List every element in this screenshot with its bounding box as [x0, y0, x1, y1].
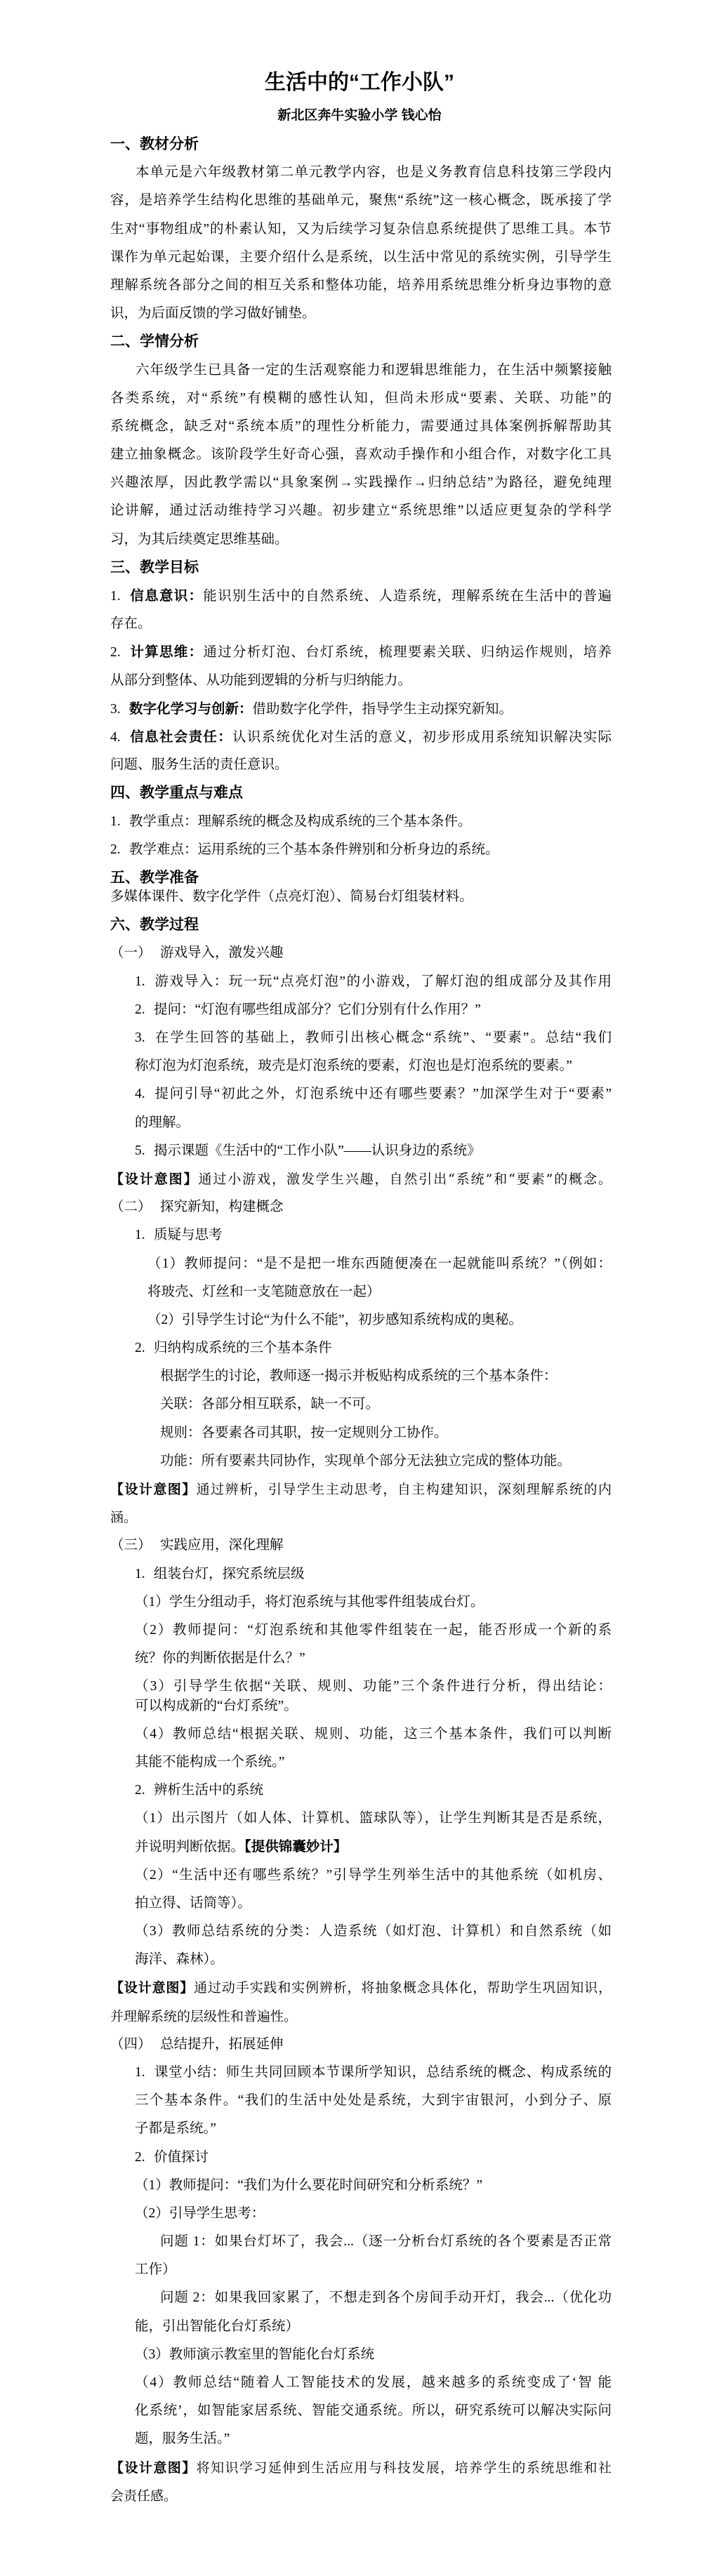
step-line: 5.揭示课题《生活中的“工作小队”——认识身边的系统》	[110, 1137, 612, 1165]
sub-step-line: 题，服务生活。”	[110, 2425, 612, 2453]
key-point-label: 教学重点：	[129, 814, 198, 829]
step-line: 1.组装台灯，探究系统层级	[110, 1560, 612, 1588]
step-line: 2.提问：“灯泡有哪些组成部分？它们分别有什么作用？”	[110, 996, 612, 1024]
design-intent-text: 将知识学习延伸到生活应用与科技发展，培养学生的系统思维和社	[197, 2460, 612, 2476]
step-text: 在学生回答的基础上，教师引出核心概念“系统”、“要素”。总结“我们	[154, 1030, 612, 1045]
objective-number: 1.	[110, 583, 129, 611]
key-point-item: 1.教学重点：理解系统的概念及构成系统的三个基本条件。	[110, 808, 612, 836]
objective-item: 4.信息社会责任：认识系统优化对生活的意义，初步形成用系统知识解决实际	[110, 723, 612, 751]
objective-label: 信息社会责任：	[129, 729, 232, 745]
step-number: 2.	[135, 1334, 154, 1362]
objective-text: 借助数字化学件，指导学生主动探究新知。	[253, 702, 513, 717]
section-heading: 六、教学过程	[110, 911, 612, 939]
step-line: 1.游戏导入：玩一玩“点亮灯泡”的小游戏，了解灯泡的组成部分及其作用	[110, 968, 612, 996]
key-point-label: 教学难点：	[129, 842, 198, 857]
phase-title: 总结提升，拓展延伸	[160, 2037, 284, 2052]
design-intent-line: 会责任感。	[110, 2482, 612, 2510]
phase-number: （一）	[110, 939, 160, 967]
key-point-number: 1.	[110, 808, 129, 836]
question-line: 问题 2：如果我回家累了，不想走到各个房间手动开灯，我会...（优化功	[110, 2284, 612, 2312]
sub-step-line: （1）教师提问：“是不是把一堆东西随便凑在一起就能叫系统？”（例如：	[110, 1250, 612, 1278]
step-text: 游戏导入：玩一玩“点亮灯泡”的小游戏，了解灯泡的组成部分及其作用	[154, 974, 612, 989]
phase-heading: （三）实践应用，深化理解	[110, 1532, 612, 1560]
step-number: 1.	[135, 1560, 154, 1588]
step-text: 提问：“灯泡有哪些组成部分？它们分别有什么作用？”	[154, 1002, 481, 1017]
sub-step-line: 将玻壳、灯丝和一支笔随意放在一起）	[110, 1278, 612, 1306]
objective-text-line: 问题、服务生活的责任意识。	[110, 751, 612, 779]
step-number: 5.	[135, 1137, 154, 1165]
step-title: 归纳构成系统的三个基本条件	[154, 1341, 332, 1355]
step-line: 3.在学生回答的基础上，教师引出核心概念“系统”、“要素”。总结“我们	[110, 1024, 612, 1052]
step-number: 2.	[135, 1777, 154, 1805]
paragraph-line: 容，是培养学生结构化思维的基础单元，聚焦“系统”这一核心概念，既承接了学	[110, 187, 612, 215]
section-heading: 四、教学重点与难点	[110, 779, 612, 807]
design-intent-line: 【设计意图】通过小游戏，激发学生兴趣，自然引出“系统”和“要素”的概念。	[110, 1165, 612, 1193]
phase-number: （四）	[110, 2031, 160, 2059]
design-intent-text: 通过辨析，引导学生主动思考，自主构建知识，深刻理解系统的内	[197, 1482, 612, 1497]
step-line: 称灯泡为灯泡系统，玻壳是灯泡系统的要素，灯泡也是灯泡系统的要素。”	[110, 1052, 612, 1080]
key-point-text: 理解系统的概念及构成系统的三个基本条件。	[198, 814, 472, 829]
objective-label: 数字化学习与创新：	[129, 701, 253, 717]
step-text: 提问引导“初此之外，灯泡系统中还有哪些要素？”加深学生对于“要素”	[154, 1087, 612, 1101]
paragraph-line: 理解系统各部分之间的相互关系和整体功能，培养用系统思维分析身边事物的意	[110, 272, 612, 300]
objective-number: 2.	[110, 639, 129, 667]
condition-line: 规则：各要素各司其职，按一定规则分工协作。	[110, 1419, 612, 1447]
step-number: 4.	[135, 1080, 154, 1108]
objective-text: 认识系统优化对生活的意义，初步形成用系统知识解决实际	[232, 730, 612, 745]
step-line: 三个基本条件。“我们的生活中处处是系统，大到宇宙银河，小到分子、原	[110, 2087, 612, 2115]
objective-text-line: 从部分到整体、从功能到逻辑的分析与归纳能力。	[110, 667, 612, 695]
sub-step-line: 海洋、森林）。	[110, 1946, 612, 1974]
step-title: 质疑与思考	[154, 1228, 223, 1242]
step-number: 2.	[135, 2144, 154, 2172]
section-heading: 三、教学目标	[110, 554, 612, 582]
sub-step-line: （1）教师提问：“我们为什么要花时间研究和分析系统？”	[110, 2172, 612, 2200]
document-title: 生活中的“工作小队”	[0, 69, 719, 97]
key-point-text: 运用系统的三个基本条件辨别和分析身边的系统。	[198, 842, 499, 857]
sub-step-line: （2）引导学生讨论“为什么不能”，初步感知系统构成的奥秘。	[110, 1306, 612, 1334]
author-byline: 新北区奔牛实验小学 钱心怡	[0, 102, 719, 130]
sub-step-line: 统？你的判断依据是什么？”	[110, 1645, 612, 1673]
design-intent-line: 【设计意图】通过动手实践和实例辨析，将抽象概念具体化，帮助学生巩固知识，	[110, 1974, 612, 2002]
design-intent-line: 涵。	[110, 1503, 612, 1532]
question-line: 问题 1：如果台灯坏了，我会...（逐一分析台灯系统的各个要素是否正常	[110, 2228, 612, 2256]
question-line: 工作）	[110, 2256, 612, 2284]
step-title: 辨析生活中的系统	[154, 1783, 263, 1798]
sub-step-line: （2）教师提问：“灯泡系统和其他零件组装在一起，能否形成一个新的系	[110, 1616, 612, 1645]
objective-number: 3.	[110, 696, 129, 724]
phase-heading: （二）探究新知，构建概念	[110, 1193, 612, 1221]
hint-tag: 【提供锦囊妙计】	[244, 1839, 347, 1854]
design-intent-label: 【设计意图】	[110, 1171, 199, 1187]
phase-number: （三）	[110, 1532, 160, 1560]
key-point-item: 2.教学难点：运用系统的三个基本条件辨别和分析身边的系统。	[110, 836, 612, 864]
objective-label: 信息意识：	[129, 588, 203, 604]
objective-label: 计算思维：	[129, 644, 203, 660]
objective-text: 通过分析灯泡、台灯系统，梳理要素关联、归纳运作规则，培养	[203, 645, 612, 660]
step-line: 的理解。	[110, 1109, 612, 1137]
key-point-number: 2.	[110, 836, 129, 864]
design-intent-line: 并理解系统的层级性和普遍性。	[110, 2003, 612, 2031]
condition-line: 功能：所有要素共同协作，实现单个部分无法独立完成的整体功能。	[110, 1447, 612, 1475]
paragraph-line: 论讲解，通过活动维持学习兴趣。初步建立“系统思维”以适应更复杂的学科学	[110, 497, 612, 525]
sub-step-line: 并说明判断依据。【提供锦囊妙计】	[110, 1833, 612, 1861]
design-intent-label: 【设计意图】	[110, 2460, 197, 2476]
step-number: 1.	[135, 2059, 154, 2087]
phase-title: 探究新知，构建概念	[160, 1200, 284, 1214]
design-intent-line: 【设计意图】通过辨析，引导学生主动思考，自主构建知识，深刻理解系统的内	[110, 1475, 612, 1503]
paragraph-line: 兴趣浓厚，因此教学需以“具象案例→实践操作→归纳总结”为路径，避免纯理	[110, 469, 612, 497]
objective-item: 2.计算思维：通过分析灯泡、台灯系统，梳理要素关联、归纳运作规则，培养	[110, 638, 612, 666]
step-number: 2.	[135, 996, 154, 1024]
step-title: 价值探讨	[154, 2150, 209, 2165]
step-title: 组装台灯，探究系统层级	[154, 1567, 305, 1581]
document-body: 一、教材分析 本单元是六年级教材第二单元教学内容，也是义务教育信息科技第三学段内…	[110, 131, 612, 2510]
design-intent-text: 通过动手实践和实例辨析，将抽象概念具体化，帮助学生巩固知识，	[194, 1980, 612, 1996]
sub-step-line: （1）学生分组动手，将灯泡系统与其他零件组装成台灯。	[110, 1588, 612, 1616]
step-number: 1.	[135, 968, 154, 996]
paragraph-line: 习，为其后续奠定思维基础。	[110, 526, 612, 554]
step-line: 2.辨析生活中的系统	[110, 1777, 612, 1805]
section-heading: 二、学情分析	[110, 328, 612, 356]
paragraph-line: 课作为单元起始课，主要介绍什么是系统，以生活中常见的系统实例，引导学生	[110, 244, 612, 272]
step-line: 4.提问引导“初此之外，灯泡系统中还有哪些要素？”加深学生对于“要素”	[110, 1080, 612, 1108]
sub-step-text: 并说明判断依据。	[135, 1840, 244, 1854]
sub-step-line: （1）出示图片（如人体、计算机、篮球队等），让学生判断其是否是系统，	[110, 1805, 612, 1833]
preparation-text: 多媒体课件、数字化学件（点亮灯泡）、简易台灯组装材料。	[110, 883, 612, 911]
objective-number: 4.	[110, 724, 129, 752]
step-text: 揭示课题《生活中的“工作小队”——认识身边的系统》	[154, 1143, 481, 1158]
step-line: 1.质疑与思考	[110, 1221, 612, 1249]
objective-text: 能识别生活中的自然系统、人造系统，理解系统在生活中的普遍	[203, 589, 612, 604]
condition-intro: 根据学生的讨论，教师逐一揭示并板贴构成系统的三个基本条件：	[110, 1362, 612, 1390]
step-number: 3.	[135, 1024, 154, 1052]
paragraph-line: 生对“事物组成”的朴素认知，又为后续学习复杂信息系统提供了思维工具。本节	[110, 215, 612, 244]
design-intent-label: 【设计意图】	[110, 1482, 197, 1497]
paragraph-line: 各类系统，对“系统”有模糊的感性认知，但尚未形成“要素、关联、功能”的	[110, 385, 612, 413]
paragraph-line: 六年级学生已具备一定的生活观察能力和逻辑思维能力，在生活中频繁接触	[110, 357, 612, 385]
sub-step-line: 拍立得、话筒等）。	[110, 1890, 612, 1918]
sub-step-line: 化系统’，如智能家居系统、智能交通系统。所以，研究系统可以解决实际问	[110, 2397, 612, 2425]
condition-line: 关联：各部分相互联系，缺一不可。	[110, 1390, 612, 1419]
paragraph-line: 识，为后面反馈的学习做好铺垫。	[110, 300, 612, 328]
design-intent-text: 通过小游戏，激发学生兴趣，自然引出“系统”和“要素”的概念。	[199, 1171, 612, 1187]
paragraph-line: 本单元是六年级教材第二单元教学内容，也是义务教育信息科技第三学段内	[110, 159, 612, 187]
objective-item: 3.数字化学习与创新：借助数字化学件，指导学生主动探究新知。	[110, 695, 612, 723]
sub-step-line: （3）教师总结系统的分类：人造系统（如灯泡、计算机）和自然系统（如	[110, 1918, 612, 1946]
phase-title: 游戏导入，激发兴趣	[160, 945, 284, 960]
step-line: 1.课堂小结：师生共同回顾本节课所学知识，总结系统的概念、构成系统的	[110, 2059, 612, 2087]
sub-step-line: （2）“生活中还有哪些系统？”引导学生列举生活中的其他系统（如机房、	[110, 1861, 612, 1890]
sub-step-line: （2）引导学生思考：	[110, 2200, 612, 2228]
document-page: 生活中的“工作小队” 新北区奔牛实验小学 钱心怡 一、教材分析 本单元是六年级教…	[0, 0, 719, 2576]
design-intent-label: 【设计意图】	[110, 1980, 194, 1996]
paragraph-line: 建立抽象概念。该阶段学生好奇心强，喜欢动手操作和小组合作，对数字化工具	[110, 441, 612, 469]
phase-heading: （一）游戏导入，激发兴趣	[110, 939, 612, 967]
phase-number: （二）	[110, 1193, 160, 1221]
step-line: 2.归纳构成系统的三个基本条件	[110, 1334, 612, 1362]
step-text: 课堂小结：师生共同回顾本节课所学知识，总结系统的概念、构成系统的	[154, 2065, 612, 2080]
phase-title: 实践应用，深化理解	[160, 1538, 284, 1553]
step-line: 2.价值探讨	[110, 2144, 612, 2172]
question-line: 能，引出智能化台灯系统）	[110, 2313, 612, 2341]
design-intent-line: 【设计意图】将知识学习延伸到生活应用与科技发展，培养学生的系统思维和社	[110, 2454, 612, 2482]
paragraph-line: 系统概念，缺乏对“系统本质”的理性分析能力，需要通过具体案例拆解帮助其	[110, 413, 612, 441]
phase-heading: （四）总结提升，拓展延伸	[110, 2031, 612, 2059]
sub-step-line: 其能不能构成一个系统。”	[110, 1748, 612, 1777]
step-line: 子都是系统。”	[110, 2115, 612, 2143]
step-number: 1.	[135, 1221, 154, 1249]
sub-step-line: （3）教师演示教室里的智能化台灯系统	[110, 2341, 612, 2369]
objective-text-line: 存在。	[110, 610, 612, 638]
section-heading: 一、教材分析	[110, 131, 612, 159]
sub-step-line: （4）教师总结“随着人工智能技术的发展，越来越多的系统变成了‘智 能	[110, 2369, 612, 2397]
sub-step-line: （4）教师总结“根据关联、规则、功能，这三个基本条件，我们可以判断	[110, 1720, 612, 1748]
objective-item: 1.信息意识：能识别生活中的自然系统、人造系统，理解系统在生活中的普遍	[110, 582, 612, 610]
